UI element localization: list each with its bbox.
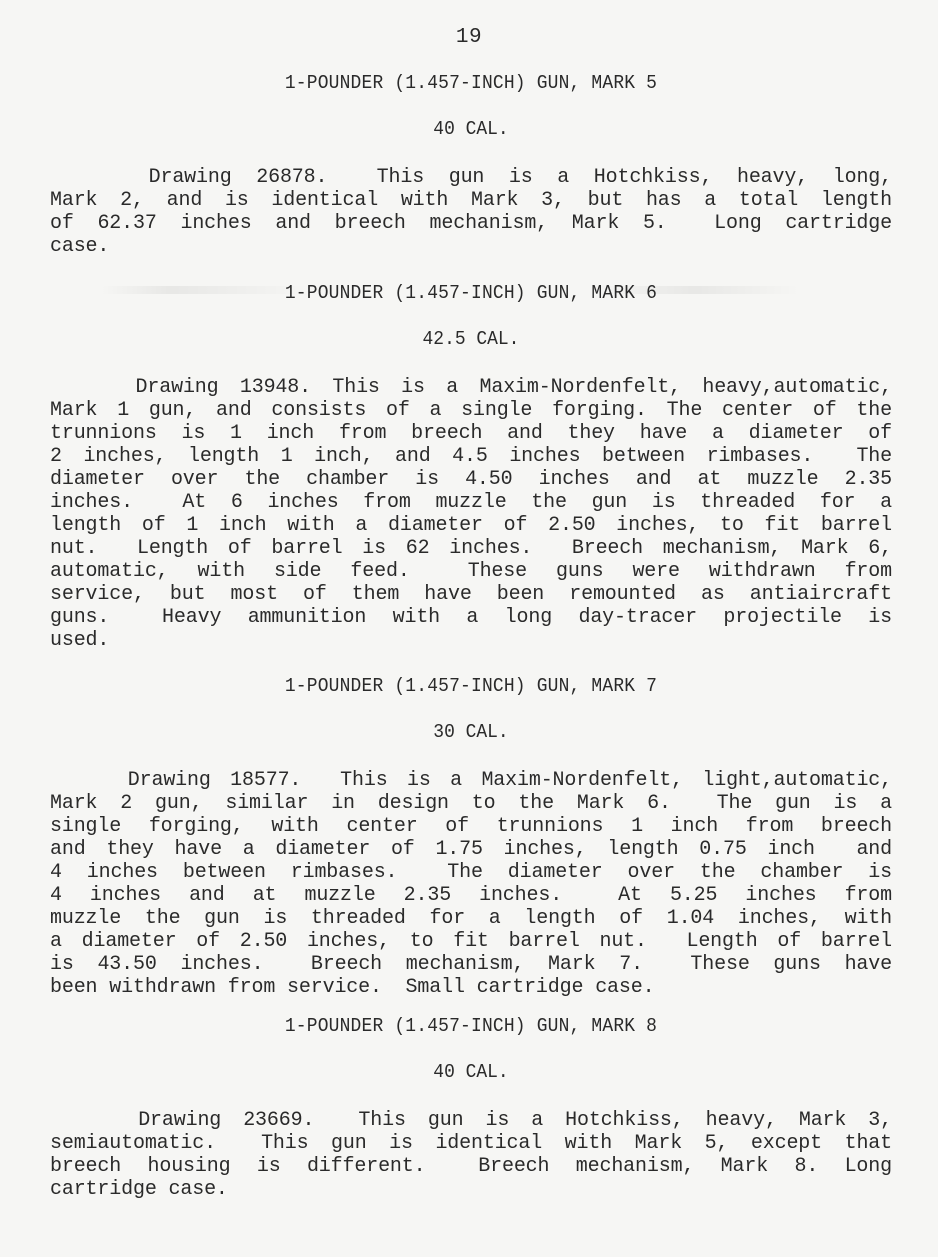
paragraph-line: used. <box>50 629 892 652</box>
paragraph-line: breech housing is different. Breech mech… <box>50 1155 892 1178</box>
paragraph-line: of 62.37 inches and breech mechanism, Ma… <box>50 212 892 235</box>
paragraph-line: Drawing 18577. This is a Maxim-Nordenfel… <box>50 769 892 792</box>
paragraph-line: 4 inches and at muzzle 2.35 inches. At 5… <box>50 884 892 907</box>
paragraph-line: semiautomatic. This gun is identical wit… <box>50 1132 892 1155</box>
paragraph-line: inches. At 6 inches from muzzle the gun … <box>50 491 892 514</box>
paragraph-line: single forging, with center of trunnions… <box>50 815 892 838</box>
paragraph-line: a diameter of 2.50 inches, to fit barrel… <box>50 930 892 953</box>
section-heading: 1-POUNDER (1.457-INCH) GUN, MARK 8 <box>84 1013 859 1039</box>
section-heading: 1-POUNDER (1.457-INCH) GUN, MARK 7 <box>84 673 859 699</box>
section-paragraph: Drawing 23669. This gun is a Hotchkiss, … <box>50 1109 892 1201</box>
paragraph-line: Drawing 23669. This gun is a Hotchkiss, … <box>50 1109 892 1132</box>
paragraph-line: Drawing 13948. This is a Maxim-Nordenfel… <box>50 376 892 399</box>
paragraph-line: and they have a diameter of 1.75 inches,… <box>50 838 892 861</box>
paragraph-line: length of 1 inch with a diameter of 2.50… <box>50 514 892 537</box>
paragraph-line: is 43.50 inches. Breech mechanism, Mark … <box>50 953 892 976</box>
paragraph-line: Drawing 26878. This gun is a Hotchkiss, … <box>50 166 892 189</box>
paragraph-line: Mark 2 gun, similar in design to the Mar… <box>50 792 892 815</box>
caliber-label: 40 CAL. <box>84 116 859 142</box>
paragraph-line: trunnions is 1 inch from breech and they… <box>50 422 892 445</box>
document-page: 19 1-POUNDER (1.457-INCH) GUN, MARK 5 40… <box>0 0 938 1257</box>
caliber-label: 42.5 CAL. <box>84 326 859 352</box>
section-paragraph: Drawing 18577. This is a Maxim-Nordenfel… <box>50 769 892 999</box>
paragraph-line: Mark 2, and is identical with Mark 3, bu… <box>50 189 892 212</box>
section-mark-7: 1-POUNDER (1.457-INCH) GUN, MARK 7 30 CA… <box>50 673 892 999</box>
paragraph-line: been withdrawn from service. Small cartr… <box>50 976 892 999</box>
paragraph-line: nut. Length of barrel is 62 inches. Bree… <box>50 537 892 560</box>
section-mark-5: 1-POUNDER (1.457-INCH) GUN, MARK 5 40 CA… <box>50 70 892 258</box>
paragraph-line: automatic, with side feed. These guns we… <box>50 560 892 583</box>
section-mark-6: 1-POUNDER (1.457-INCH) GUN, MARK 6 42.5 … <box>50 280 892 652</box>
section-paragraph: Drawing 13948. This is a Maxim-Nordenfel… <box>50 376 892 652</box>
paragraph-line: muzzle the gun is threaded for a length … <box>50 907 892 930</box>
paragraph-line: Mark 1 gun, and consists of a single for… <box>50 399 892 422</box>
section-paragraph: Drawing 26878. This gun is a Hotchkiss, … <box>50 166 892 258</box>
page-number: 19 <box>0 26 938 49</box>
paragraph-line: guns. Heavy ammunition with a long day-t… <box>50 606 892 629</box>
paragraph-line: 4 inches between rimbases. The diameter … <box>50 861 892 884</box>
paragraph-line: cartridge case. <box>50 1178 892 1201</box>
section-heading: 1-POUNDER (1.457-INCH) GUN, MARK 6 <box>84 280 859 306</box>
caliber-label: 40 CAL. <box>84 1059 859 1085</box>
caliber-label: 30 CAL. <box>84 719 859 745</box>
section-heading: 1-POUNDER (1.457-INCH) GUN, MARK 5 <box>84 70 859 96</box>
section-mark-8: 1-POUNDER (1.457-INCH) GUN, MARK 8 40 CA… <box>50 1013 892 1201</box>
paragraph-line: 2 inches, length 1 inch, and 4.5 inches … <box>50 445 892 468</box>
paragraph-line: service, but most of them have been remo… <box>50 583 892 606</box>
paragraph-line: case. <box>50 235 892 258</box>
paragraph-line: diameter over the chamber is 4.50 inches… <box>50 468 892 491</box>
